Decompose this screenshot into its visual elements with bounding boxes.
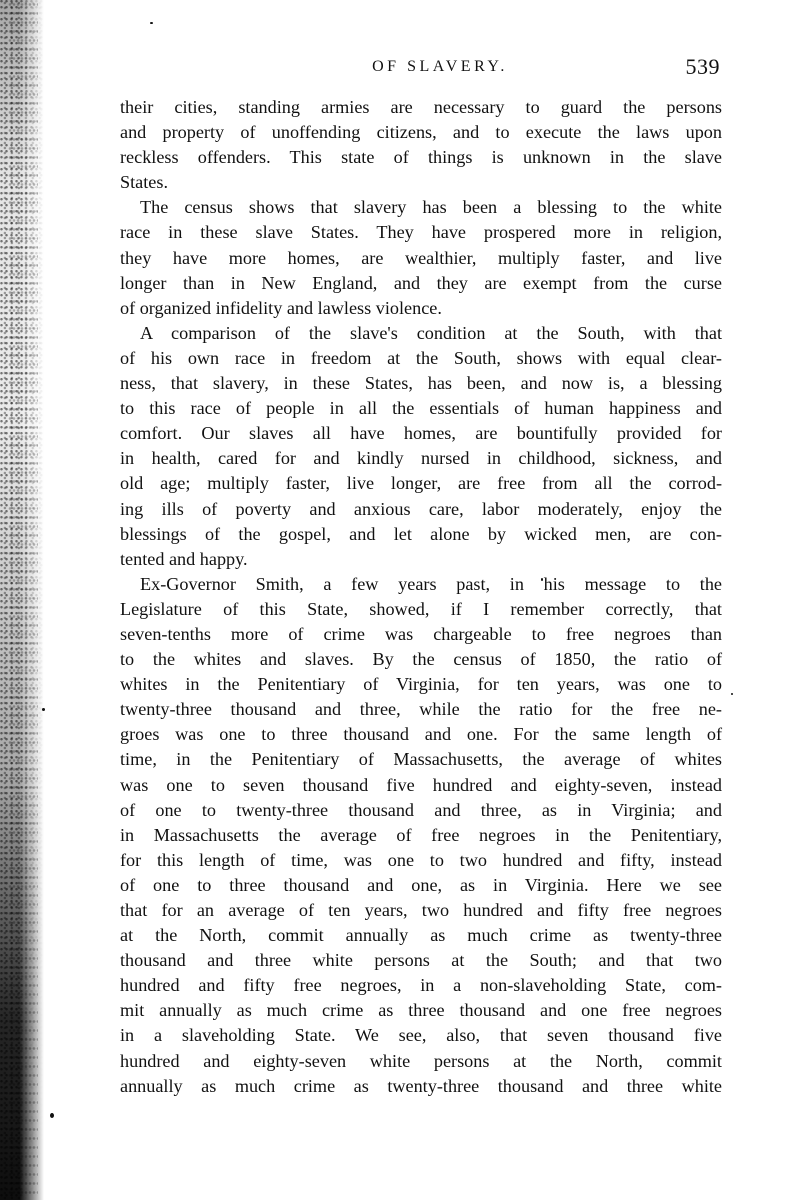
text-line: hundred and fifty free negroes, in a non… (120, 973, 722, 998)
text-line: Legislature of this State, showed, if I … (120, 597, 722, 622)
text-line: ness, that slavery, in these States, has… (120, 371, 722, 396)
text-line: annually as much crime as twenty-three t… (120, 1074, 722, 1099)
text-line: for this length of time, was one to two … (120, 848, 722, 873)
text-line: ing ills of poverty and anxious care, la… (120, 497, 722, 522)
binding-speckle (8, 0, 38, 1200)
text-line: and property of unoffending citizens, an… (120, 120, 722, 145)
text-line: in health, cared for and kindly nursed i… (120, 446, 722, 471)
text-line: at the North, commit annually as much cr… (120, 923, 722, 948)
text-line: hundred and eighty-seven white persons a… (120, 1049, 722, 1074)
text-line: twenty-three thousand and three, while t… (120, 697, 722, 722)
scan-speck (50, 1113, 54, 1118)
text-line: blessings of the gospel, and let alone b… (120, 522, 722, 547)
body-text: their cities, standing armies are necess… (120, 95, 722, 1099)
page-header: OF SLAVERY. 539 (120, 56, 720, 82)
text-line: States. (120, 170, 722, 195)
text-line: of one to twenty-three thousand and thre… (120, 798, 722, 823)
scan-speck (42, 708, 45, 711)
text-line: was one to seven thousand five hundred a… (120, 773, 722, 798)
text-line: race in these slave States. They have pr… (120, 220, 722, 245)
text-line: thousand and three white persons at the … (120, 948, 722, 973)
text-line: they have more homes, are wealthier, mul… (120, 246, 722, 271)
scan-speck (731, 693, 733, 695)
text-line: in Massachusetts the average of free neg… (120, 823, 722, 848)
text-line: old age; multiply faster, live longer, a… (120, 471, 722, 496)
paragraph: The census shows that slavery has been a… (120, 195, 722, 320)
text-line: that for an average of ten years, two hu… (120, 898, 722, 923)
page-number: 539 (686, 54, 721, 80)
text-line: seven-tenths more of crime was chargeabl… (120, 622, 722, 647)
text-line: A comparison of the slave's condition at… (120, 321, 722, 346)
paragraph: Ex-Governor Smith, a few years past, in … (120, 572, 722, 1099)
text-line: of one to three thousand and one, as in … (120, 873, 722, 898)
paragraph: their cities, standing armies are necess… (120, 95, 722, 195)
text-line: of organized infidelity and lawless viol… (120, 296, 722, 321)
text-line: time, in the Penitentiary of Massachuset… (120, 747, 722, 772)
paragraph: A comparison of the slave's condition at… (120, 321, 722, 572)
scan-speck (150, 22, 153, 24)
text-line: reckless offenders. This state of things… (120, 145, 722, 170)
text-line: of his own race in freedom at the South,… (120, 346, 722, 371)
text-line: mit annually as much crime as three thou… (120, 998, 722, 1023)
text-line: Ex-Governor Smith, a few years past, in … (120, 572, 722, 597)
text-line: to this race of people in all the essent… (120, 396, 722, 421)
running-head: OF SLAVERY. (120, 58, 720, 76)
text-line: their cities, standing armies are necess… (120, 95, 722, 120)
text-line: in a slaveholding State. We see, also, t… (120, 1023, 722, 1048)
text-line: tented and happy. (120, 547, 722, 572)
text-line: The census shows that slavery has been a… (120, 195, 722, 220)
text-line: groes was one to three thousand and one.… (120, 722, 722, 747)
text-line: whites in the Penitentiary of Virginia, … (120, 672, 722, 697)
text-line: longer than in New England, and they are… (120, 271, 722, 296)
text-line: to the whites and slaves. By the census … (120, 647, 722, 672)
text-line: comfort. Our slaves all have homes, are … (120, 421, 722, 446)
